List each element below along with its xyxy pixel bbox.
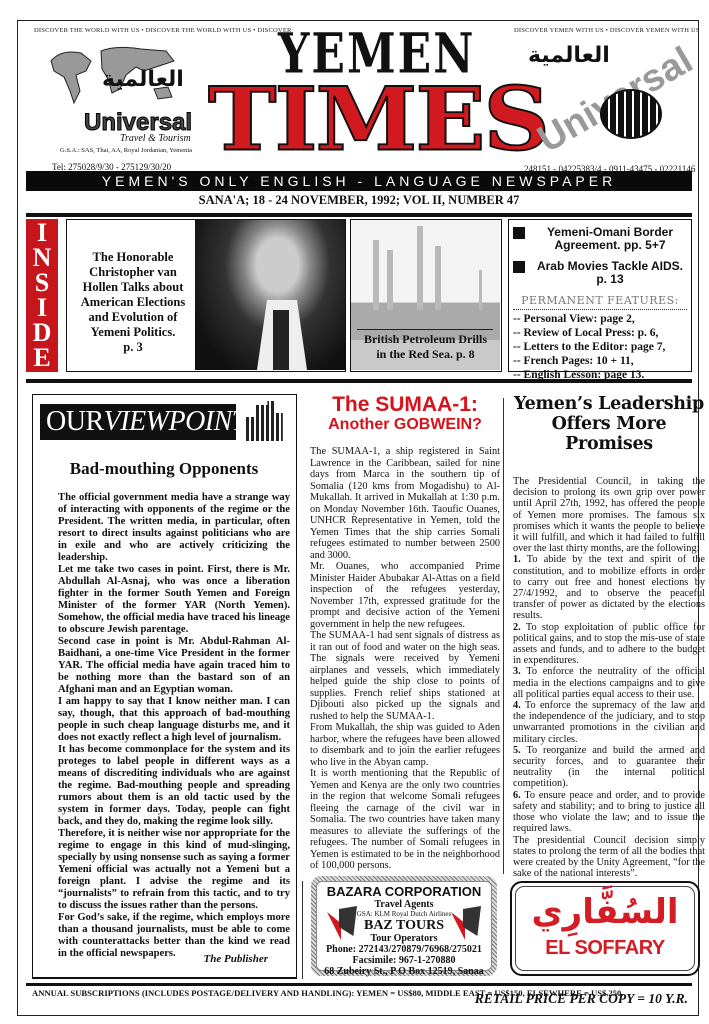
article-leadership: Yemen’s Leadership Offers More Promises … [513, 394, 705, 879]
promise-item: 6. To ensure peace and order, and to pro… [513, 790, 705, 835]
ad-title: BAZARA CORPORATION [317, 884, 491, 899]
flag-logo-icon [451, 906, 481, 940]
permanent-features-title: PERMANENT FEATURES: [513, 294, 687, 310]
bullet-square-icon [513, 227, 525, 239]
tab-letter: E [26, 345, 58, 370]
divider [26, 983, 692, 986]
tab-letter: S [26, 270, 58, 295]
ad-phone: Phone: 272143/270879/76968/275021 [317, 944, 491, 955]
promise-item: 1. To abide by the text and spirit of th… [513, 554, 705, 621]
feature-item[interactable]: -- French Pages: 10 + 11, [513, 354, 687, 368]
editorial-body: The official government media have a str… [58, 492, 290, 960]
divider [26, 213, 692, 217]
teaser-bp[interactable]: British Petroleum Drills in the Red Sea.… [350, 219, 502, 372]
subscription-info: ANNUAL SUBSCRIPTIONS (INCLUDES POSTAGE/D… [32, 988, 692, 998]
teaser-caption: British Petroleum Drills in the Red Sea.… [351, 332, 500, 362]
building-icon [241, 401, 285, 441]
teaser-hollen[interactable]: The Honorable Christopher van Hollen Tal… [66, 219, 346, 372]
ad-frame-text: DISCOVER YEMEN WITH US • DISCOVER YEMEN … [514, 27, 700, 34]
tab-letter: D [26, 320, 58, 345]
ad-brand: EL SOFFARY [516, 937, 694, 959]
teaser-text: The Honorable Christopher van Hollen Tal… [73, 250, 193, 355]
editorial-title: Bad-mouthing Opponents [33, 459, 295, 479]
article-body: The SUMAA-1, a ship registered in Saint … [310, 446, 500, 872]
column-divider [302, 881, 303, 979]
inside-section: I N S I D E The Honorable Christopher va… [26, 219, 692, 372]
ad-fax: Facsimile: 967-1-270880 [317, 955, 491, 966]
ad-subtitle: Travel & Tourism [120, 133, 191, 144]
tab-letter: N [26, 245, 58, 270]
inside-tab: I N S I D E [26, 219, 58, 372]
headline-item[interactable]: Yemeni-Omani Border Agreement. pp. 5+7 [513, 226, 687, 252]
yemen-times-logo: YEMEN TIMES [208, 21, 500, 166]
bullet-square-icon [513, 261, 525, 273]
ad-arabic-name: السُفَّارِي [516, 887, 694, 937]
column-divider [503, 398, 504, 874]
dateline: SANA'A; 18 - 24 NOVEMBER, 1992; VOL II, … [18, 193, 700, 208]
photo-van-hollen [195, 220, 345, 370]
el-soffary-ad[interactable]: السُفَّارِي EL SOFFARY [510, 881, 700, 976]
article-body: The Presidential Council, in taking the … [513, 476, 705, 879]
globe-dove-icon [600, 89, 662, 139]
promise-item: 3. To enforce the neutrality of the offi… [513, 666, 705, 700]
article-headline: Yemen’s Leadership Offers More Promises [513, 394, 705, 454]
editorial-signature: The Publisher [204, 953, 268, 965]
universal-travel-ad-right: DISCOVER YEMEN WITH US • DISCOVER YEMEN … [500, 25, 696, 165]
ad-address: 68 Zubeiry St., P O Box 12519, Sanaa [317, 966, 491, 977]
flag-logo-icon [327, 906, 357, 940]
ad-arabic-name: العالمية [102, 67, 184, 92]
tab-letter: I [26, 295, 58, 320]
article-headline: The SUMAA-1: Another GOBWEIN? [310, 394, 500, 434]
viewpoint-editorial: OURVIEWPOINT Bad-mouthing Opponents The … [32, 394, 297, 979]
promise-item: 4. To enforce the supremacy of the law a… [513, 700, 705, 745]
feature-item[interactable]: -- Letters to the Editor: page 7, [513, 340, 687, 354]
bazara-ad[interactable]: BAZARA CORPORATION Travel Agents GSA: KL… [311, 876, 497, 976]
feature-item[interactable]: -- Personal View: page 2, [513, 312, 687, 326]
tagline: YEMEN'S ONLY ENGLISH - LANGUAGE NEWSPAPE… [26, 171, 692, 191]
headline-item[interactable]: Arab Movies Tackle AIDS. p. 13 [513, 260, 687, 286]
ad-gsa: G.S.A.: SAS, Thai, AA, Royal Jordanian, … [60, 147, 192, 154]
viewpoint-banner: OURVIEWPOINT [40, 404, 236, 440]
divider [26, 379, 692, 383]
ad-arabic-name: العالمية [528, 43, 610, 68]
tab-letter: I [26, 220, 58, 245]
promise-item: 2. To stop exploitation of public office… [513, 622, 705, 667]
promise-item: 5. To reorganize and build the armed and… [513, 745, 705, 790]
feature-item[interactable]: -- Review of Local Press: p. 6, [513, 326, 687, 340]
universal-travel-ad-left: DISCOVER THE WORLD WITH US • DISCOVER TH… [22, 25, 197, 165]
features-box: Yemeni-Omani Border Agreement. pp. 5+7 A… [508, 219, 692, 372]
article-sumaa: The SUMAA-1: Another GOBWEIN? The SUMAA-… [310, 394, 500, 872]
newspaper-page: DISCOVER THE WORLD WITH US • DISCOVER TH… [17, 20, 699, 1016]
logo-times: TIMES [208, 75, 500, 162]
page-ref: p. 3 [123, 340, 142, 354]
